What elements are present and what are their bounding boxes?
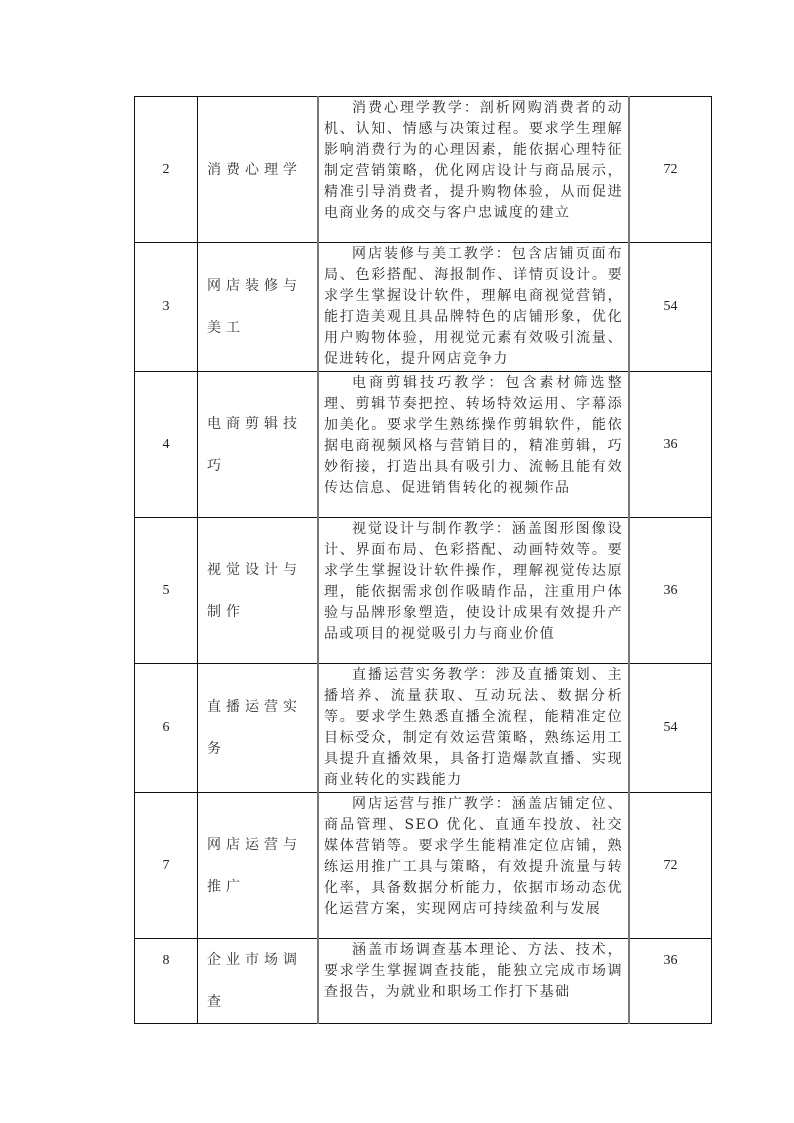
table-row: 3 网店装修与美工 网店装修与美工教学：包含店铺页面布局、色彩搭配、海报制作、详… [135, 243, 712, 372]
course-hours: 54 [629, 664, 712, 793]
course-description: 电商剪辑技巧教学：包含素材筛选整理、剪辑节奏把控、转场特效运用、字幕添加美化。要… [318, 372, 629, 518]
course-description: 直播运营实务教学：涉及直播策划、主播培养、流量获取、互动玩法、数据分析等。要求学… [318, 664, 629, 793]
course-name: 网店运营与推广 [198, 793, 319, 939]
table-row: 2 消费心理学 消费心理学教学：剖析网购消费者的动机、认知、情感与决策过程。要求… [135, 97, 712, 243]
course-number: 8 [135, 939, 198, 1024]
course-description: 涵盖市场调查基本理论、方法、技术，要求学生掌握调查技能，能独立完成市场调查报告，… [318, 939, 629, 1024]
course-description: 网店装修与美工教学：包含店铺页面布局、色彩搭配、海报制作、详情页设计。要求学生掌… [318, 243, 629, 372]
course-name-text: 网店装修与美工 [207, 265, 313, 349]
course-description: 网店运营与推广教学：涵盖店铺定位、商品管理、SEO 优化、直通车投放、社交媒体营… [318, 793, 629, 939]
course-hours: 36 [629, 939, 712, 1024]
course-name-text: 电商剪辑技巧 [207, 403, 313, 487]
course-description: 视觉设计与制作教学：涵盖图形图像设计、界面布局、色彩搭配、动画特效等。要求学生掌… [318, 518, 629, 664]
table-row: 4 电商剪辑技巧 电商剪辑技巧教学：包含素材筛选整理、剪辑节奏把控、转场特效运用… [135, 372, 712, 518]
course-hours: 54 [629, 243, 712, 372]
course-description-text: 直播运营实务教学：涉及直播策划、主播培养、流量获取、互动玩法、数据分析等。要求学… [324, 665, 623, 791]
course-name: 直播运营实务 [198, 664, 319, 793]
course-description: 消费心理学教学：剖析网购消费者的动机、认知、情感与决策过程。要求学生理解影响消费… [318, 97, 629, 243]
course-name: 视觉设计与制作 [198, 518, 319, 664]
course-description-text: 网店装修与美工教学：包含店铺页面布局、色彩搭配、海报制作、详情页设计。要求学生掌… [324, 244, 623, 370]
course-name-text: 企业市场调查 [207, 939, 313, 1023]
course-name-text: 直播运营实务 [207, 686, 313, 770]
table-row: 8 企业市场调查 涵盖市场调查基本理论、方法、技术，要求学生掌握调查技能，能独立… [135, 939, 712, 1024]
course-name-text: 网店运营与推广 [207, 824, 313, 908]
course-number: 4 [135, 372, 198, 518]
table-row: 7 网店运营与推广 网店运营与推广教学：涵盖店铺定位、商品管理、SEO 优化、直… [135, 793, 712, 939]
course-hours: 36 [629, 372, 712, 518]
course-description-text: 视觉设计与制作教学：涵盖图形图像设计、界面布局、色彩搭配、动画特效等。要求学生掌… [324, 519, 623, 645]
table-row: 6 直播运营实务 直播运营实务教学：涉及直播策划、主播培养、流量获取、互动玩法、… [135, 664, 712, 793]
course-number: 5 [135, 518, 198, 664]
course-number: 3 [135, 243, 198, 372]
course-description-text: 电商剪辑技巧教学：包含素材筛选整理、剪辑节奏把控、转场特效运用、字幕添加美化。要… [324, 373, 623, 499]
document-page: 2 消费心理学 消费心理学教学：剖析网购消费者的动机、认知、情感与决策过程。要求… [0, 0, 794, 1123]
course-name-text: 视觉设计与制作 [207, 549, 313, 633]
course-name: 企业市场调查 [198, 939, 319, 1024]
course-number: 7 [135, 793, 198, 939]
course-description-text: 涵盖市场调查基本理论、方法、技术，要求学生掌握调查技能，能独立完成市场调查报告，… [324, 940, 623, 1003]
table-row: 5 视觉设计与制作 视觉设计与制作教学：涵盖图形图像设计、界面布局、色彩搭配、动… [135, 518, 712, 664]
course-number: 2 [135, 97, 198, 243]
course-name: 网店装修与美工 [198, 243, 319, 372]
course-description-text: 消费心理学教学：剖析网购消费者的动机、认知、情感与决策过程。要求学生理解影响消费… [324, 98, 623, 224]
course-name: 电商剪辑技巧 [198, 372, 319, 518]
course-description-text: 网店运营与推广教学：涵盖店铺定位、商品管理、SEO 优化、直通车投放、社交媒体营… [324, 794, 623, 920]
course-table: 2 消费心理学 消费心理学教学：剖析网购消费者的动机、认知、情感与决策过程。要求… [134, 96, 712, 1024]
course-number: 6 [135, 664, 198, 793]
course-name-text: 消费心理学 [207, 149, 313, 191]
course-hours: 72 [629, 793, 712, 939]
course-hours: 36 [629, 518, 712, 664]
course-name: 消费心理学 [198, 97, 319, 243]
course-hours: 72 [629, 97, 712, 243]
